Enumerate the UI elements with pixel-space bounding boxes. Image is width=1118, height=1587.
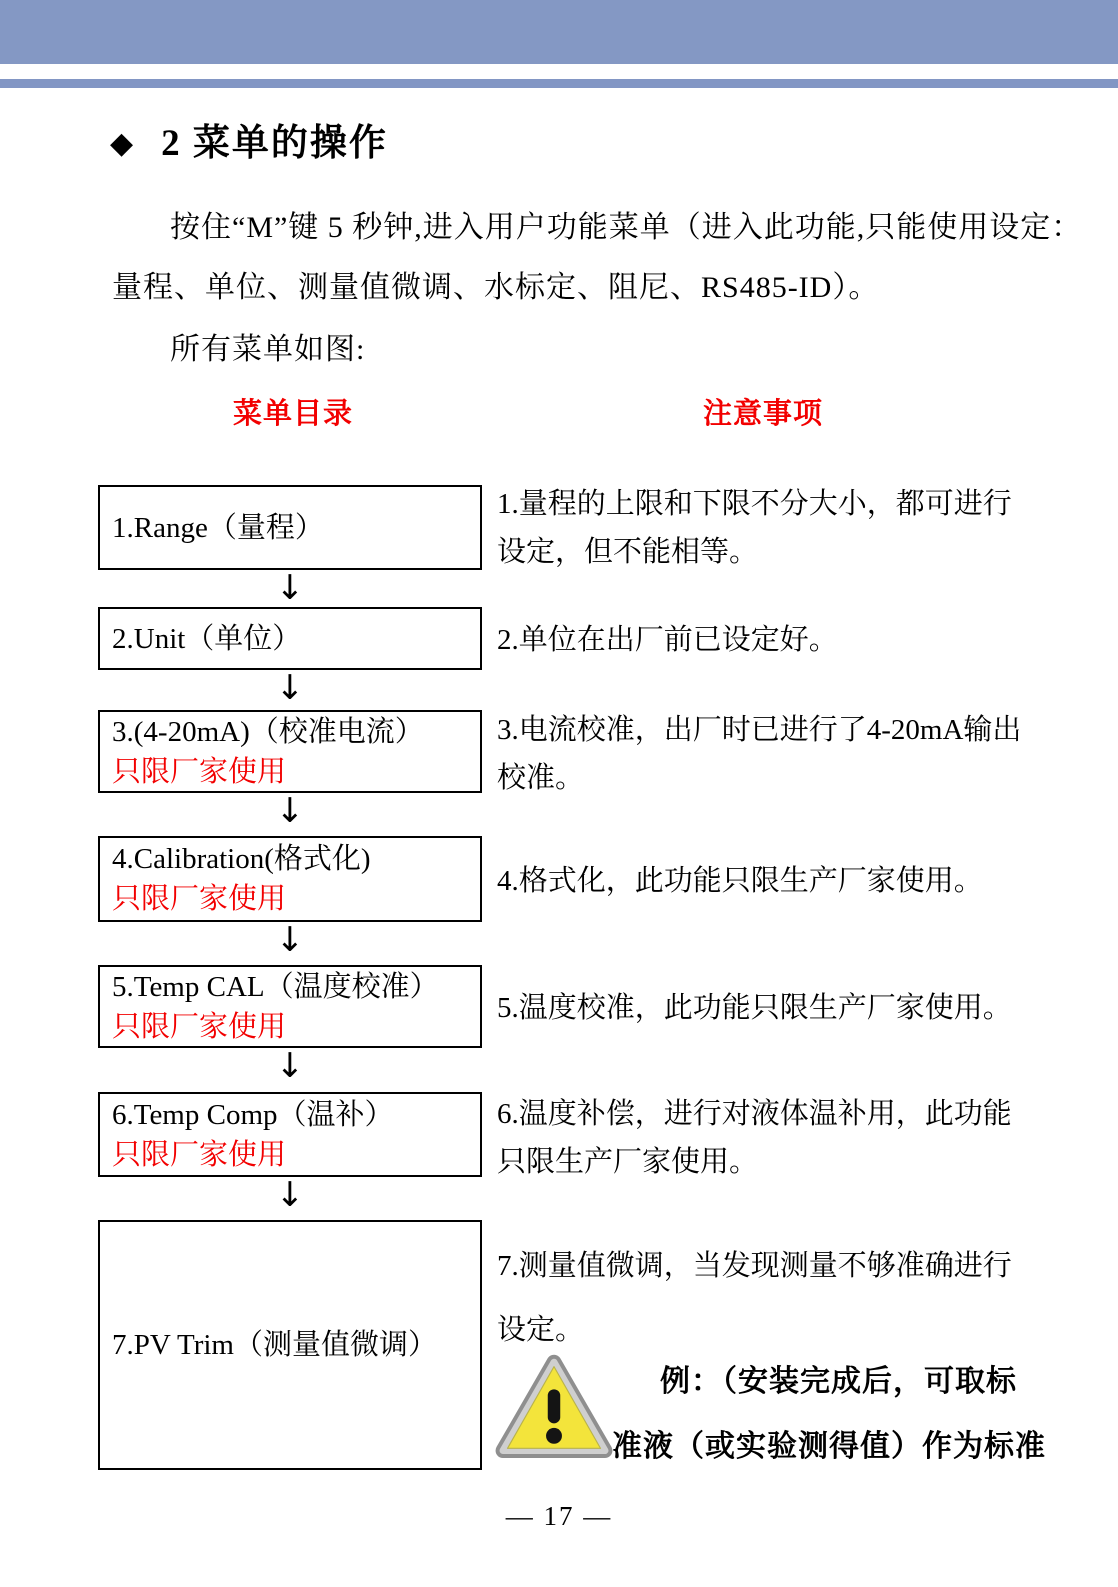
page-number: — 17 — [0,1501,1118,1532]
menu-box-label: 7.PV Trim（测量值微调） [112,1325,480,1365]
arrow-down-icon: ↓ [260,922,320,959]
note-line: 5.温度校准，此功能只限生产厂家使用。 [497,984,1027,1032]
header-band [0,0,1118,64]
menu-box-restriction: 只限厂家使用 [112,1007,480,1047]
menu-box-label: 2.Unit（单位） [112,619,480,659]
note-4-20ma: 3.电流校准，出厂时已进行了4-20mA输出 校准。 [497,706,1027,802]
section-title-text: 2 菜单的操作 [161,122,388,166]
note-unit: 2.单位在出厂前已设定好。 [497,616,1027,664]
note-line: 7.测量值微调，当发现测量不够准确进行 [497,1234,1027,1298]
note-line: 校准。 [497,754,1027,802]
example-line-1: 例：（安装完成后，可取标 [660,1356,1017,1400]
note-line: 4.格式化，此功能只限生产厂家使用。 [497,857,1027,905]
menu-box-pv-trim: 7.PV Trim（测量值微调） [98,1220,482,1470]
header-accent-line [0,79,1118,88]
menu-box-label: 3.(4-20mA)（校准电流） [112,712,480,752]
warning-triangle-icon [495,1350,613,1465]
diamond-bullet-icon: ◆ [110,124,133,164]
document-page: ◆ 2 菜单的操作 按住“M”键 5 秒钟,进入用户功能菜单（进入此功能,只能使… [0,0,1118,1587]
menu-box-temp-comp: 6.Temp Comp（温补） 只限厂家使用 [98,1092,482,1177]
note-pv-trim: 7.测量值微调，当发现测量不够准确进行 设定。 [497,1234,1027,1362]
example-line-2: 准液（或实验测得值）作为标准 [612,1421,1046,1465]
menu-box-label: 6.Temp Comp（温补） [112,1095,480,1135]
menu-box-restriction: 只限厂家使用 [112,879,480,919]
intro-line-3: 所有菜单如图: [170,333,365,367]
note-line: 2.单位在出厂前已设定好。 [497,616,1027,664]
arrow-down-icon: ↓ [260,793,320,830]
note-temp-comp: 6.温度补偿，进行对液体温补用，此功能 只限生产厂家使用。 [497,1090,1027,1186]
note-temp-cal: 5.温度校准，此功能只限生产厂家使用。 [497,984,1027,1032]
menu-box-label: 1.Range（量程） [112,508,480,548]
note-line: 只限生产厂家使用。 [497,1138,1027,1186]
intro-line-1: 按住“M”键 5 秒钟,进入用户功能菜单（进入此功能,只能使用设定： [170,211,1082,245]
note-line: 1.量程的上限和下限不分大小，都可进行 [497,480,1027,528]
menu-box-restriction: 只限厂家使用 [112,752,480,792]
menu-box-range: 1.Range（量程） [98,485,482,570]
section-title: ◆ 2 菜单的操作 [110,122,388,166]
note-line: 设定，但不能相等。 [497,528,1027,576]
menu-box-restriction: 只限厂家使用 [112,1135,480,1175]
note-line: 6.温度补偿，进行对液体温补用，此功能 [497,1090,1027,1138]
menu-box-temp-cal: 5.Temp CAL（温度校准） 只限厂家使用 [98,965,482,1048]
menu-box-calibration: 4.Calibration(格式化) 只限厂家使用 [98,836,482,922]
arrow-down-icon: ↓ [260,570,320,607]
arrow-down-icon: ↓ [260,1048,320,1085]
menu-box-label: 5.Temp CAL（温度校准） [112,967,480,1007]
column-header-notes: 注意事项 [703,391,823,432]
menu-box-4-20ma: 3.(4-20mA)（校准电流） 只限厂家使用 [98,710,482,793]
arrow-down-icon: ↓ [260,1177,320,1214]
note-line: 3.电流校准，出厂时已进行了4-20mA输出 [497,706,1027,754]
menu-box-label: 4.Calibration(格式化) [112,839,480,879]
note-range: 1.量程的上限和下限不分大小，都可进行 设定，但不能相等。 [497,480,1027,576]
menu-box-unit: 2.Unit（单位） [98,607,482,670]
arrow-down-icon: ↓ [260,670,320,707]
column-header-menu: 菜单目录 [233,391,353,432]
intro-line-2: 量程、单位、测量值微调、水标定、阻尼、RS485-ID）。 [112,271,879,305]
note-calibration: 4.格式化，此功能只限生产厂家使用。 [497,857,1027,905]
